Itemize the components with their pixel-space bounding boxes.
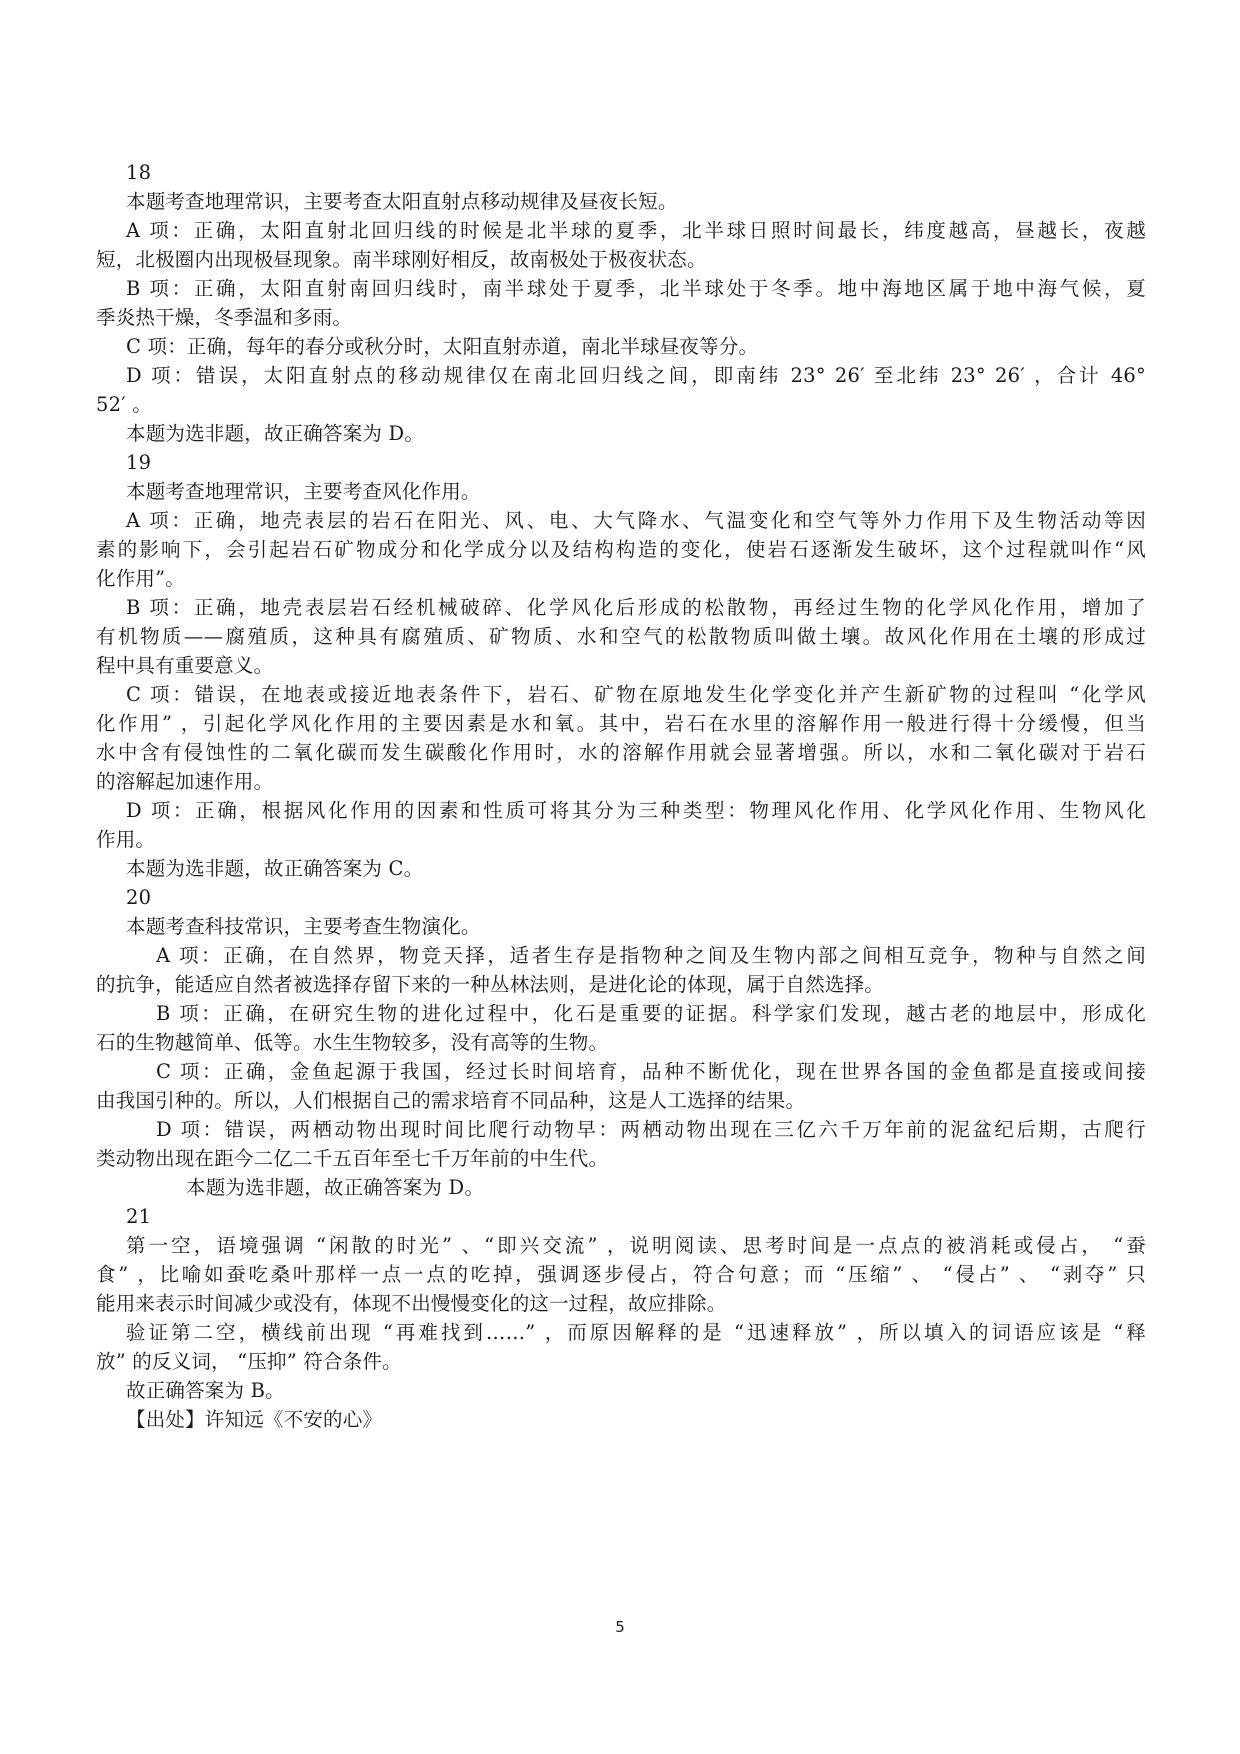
- text-line: B 项：正确，太阳直射南回归线时，南半球处于夏季，北半球处于冬季。地中海地区属于…: [96, 274, 1146, 303]
- text-line: B 项：正确，在研究生物的进化过程中，化石是重要的证据。科学家们发现，越古老的地…: [96, 999, 1146, 1028]
- text-line: 的抗争，能适应自然者被选择存留下来的一种丛林法则，是进化论的体现，属于自然选择。: [96, 970, 1146, 999]
- text-line: C 项：错误，在地表或接近地表条件下，岩石、矿物在原地发生化学变化并产生新矿物的…: [96, 680, 1146, 709]
- document-page: 18本题考查地理常识，主要考查太阳直射点移动规律及昼夜长短。A 项：正确，太阳直…: [0, 0, 1240, 1754]
- text-line: 作用。: [96, 825, 1146, 854]
- document-body: 18本题考查地理常识，主要考查太阳直射点移动规律及昼夜长短。A 项：正确，太阳直…: [96, 158, 1146, 1434]
- text-line: D 项：正确，根据风化作用的因素和性质可将其分为三种类型：物理风化作用、化学风化…: [96, 796, 1146, 825]
- text-line: A 项：正确，地壳表层的岩石在阳光、风、电、大气降水、气温变化和空气等外力作用下…: [96, 506, 1146, 535]
- text-line: 故正确答案为 B。: [96, 1376, 1146, 1405]
- text-line: 本题为选非题，故正确答案为 D。: [96, 1173, 1146, 1202]
- text-line: 由我国引种的。所以，人们根据自己的需求培育不同品种，这是人工选择的结果。: [96, 1086, 1146, 1115]
- text-line: A 项：正确，在自然界，物竞天择，适者生存是指物种之间及生物内部之间相互竞争，物…: [96, 941, 1146, 970]
- text-line: 本题考查地理常识，主要考查风化作用。: [96, 477, 1146, 506]
- text-line: 20: [96, 883, 1146, 912]
- text-line: 有机物质——腐殖质，这种具有腐殖质、矿物质、水和空气的松散物质叫做土壤。故风化作…: [96, 622, 1146, 651]
- text-line: 化作用” ，引起化学风化作用的主要因素是水和氧。其中，岩石在水里的溶解作用一般进…: [96, 709, 1146, 738]
- text-line: 52′ 。: [96, 390, 1146, 419]
- page-number: 5: [0, 1618, 1240, 1636]
- text-line: 第一空，语境强调 “闲散的时光” 、“即兴交流” ，说明阅读、思考时间是一点点的…: [96, 1231, 1146, 1260]
- text-line: 18: [96, 158, 1146, 187]
- text-line: 21: [96, 1202, 1146, 1231]
- text-line: 19: [96, 448, 1146, 477]
- text-line: D 项：错误，太阳直射点的移动规律仅在南北回归线之间，即南纬 23° 26′ 至…: [96, 361, 1146, 390]
- text-line: C 项：正确，每年的春分或秋分时，太阳直射赤道，南北半球昼夜等分。: [96, 332, 1146, 361]
- text-line: B 项：正确，地壳表层岩石经机械破碎、化学风化后形成的松散物，再经过生物的化学风…: [96, 593, 1146, 622]
- text-line: A 项：正确，太阳直射北回归线的时候是北半球的夏季，北半球日照时间最长，纬度越高…: [96, 216, 1146, 245]
- text-line: 验证第二空，横线前出现 “再难找到……” ，而原因解释的是 “迅速释放” ，所以…: [96, 1318, 1146, 1347]
- text-line: 化作用”。: [96, 564, 1146, 593]
- text-line: 短，北极圈内出现极昼现象。南半球刚好相反，故南极处于极夜状态。: [96, 245, 1146, 274]
- text-line: 食” ，比喻如蚕吃桑叶那样一点一点的吃掉，强调逐步侵占，符合句意；而 “压缩” …: [96, 1260, 1146, 1289]
- text-line: 本题考查科技常识，主要考查生物演化。: [96, 912, 1146, 941]
- text-line: 【出处】许知远《不安的心》: [96, 1405, 1146, 1434]
- text-line: 放” 的反义词， “压抑” 符合条件。: [96, 1347, 1146, 1376]
- text-line: 素的影响下，会引起岩石矿物成分和化学成分以及结构构造的变化，使岩石逐渐发生破坏，…: [96, 535, 1146, 564]
- text-line: C 项：正确，金鱼起源于我国，经过长时间培育，品种不断优化，现在世界各国的金鱼都…: [96, 1057, 1146, 1086]
- text-line: 石的生物越简单、低等。水生生物较多，没有高等的生物。: [96, 1028, 1146, 1057]
- text-line: 程中具有重要意义。: [96, 651, 1146, 680]
- text-line: 本题为选非题，故正确答案为 D。: [96, 419, 1146, 448]
- text-line: 的溶解起加速作用。: [96, 767, 1146, 796]
- text-line: 本题为选非题，故正确答案为 C。: [96, 854, 1146, 883]
- text-line: 本题考查地理常识，主要考查太阳直射点移动规律及昼夜长短。: [96, 187, 1146, 216]
- text-line: 水中含有侵蚀性的二氧化碳而发生碳酸化作用时，水的溶解作用就会显著增强。所以，水和…: [96, 738, 1146, 767]
- text-line: D 项：错误，两栖动物出现时间比爬行动物早：两栖动物出现在三亿六千万年前的泥盆纪…: [96, 1115, 1146, 1144]
- text-line: 季炎热干燥，冬季温和多雨。: [96, 303, 1146, 332]
- text-line: 能用来表示时间减少或没有，体现不出慢慢变化的这一过程，故应排除。: [96, 1289, 1146, 1318]
- text-line: 类动物出现在距今二亿二千五百年至七千万年前的中生代。: [96, 1144, 1146, 1173]
